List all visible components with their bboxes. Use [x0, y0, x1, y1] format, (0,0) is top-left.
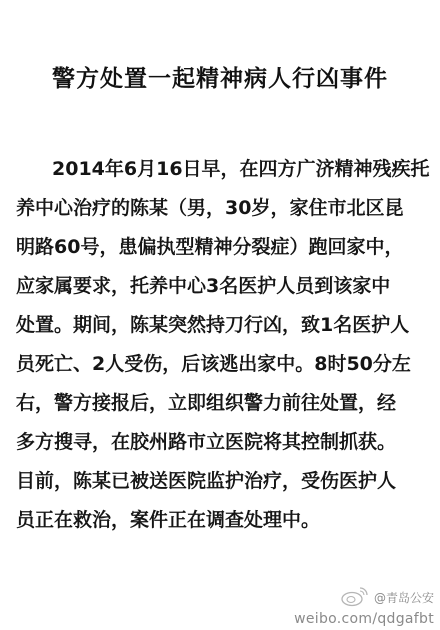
- body-line: 员正在救治，案件正在调查处理中。: [16, 501, 428, 540]
- body-line: 处置。期间，陈某突然持刀行凶，致1名医护人: [16, 306, 428, 345]
- body-line: 多方搜寻，在胶州路市立医院将其控制抓获。: [16, 423, 428, 462]
- weibo-watermark: @青岛公安 weibo.com/qdgafbt: [294, 585, 434, 627]
- body-line: 应家属要求，托养中心3名医护人员到该家中: [16, 267, 428, 306]
- watermark-url: weibo.com/qdgafbt: [294, 611, 434, 627]
- body-line: 养中心治疗的陈某（男，30岁，家住市北区昆: [16, 189, 428, 228]
- body-line: 明路60号，患偏执型精神分裂症）跑回家中，: [16, 228, 428, 267]
- body-line: 目前，陈某已被送医院监护治疗，受伤医护人: [16, 462, 428, 501]
- body-line: 2014年6月16日早，在四方广济精神残疾托: [16, 150, 428, 189]
- body-line: 右，警方接报后，立即组织警力前往处置，经: [16, 384, 428, 423]
- document-body: 2014年6月16日早，在四方广济精神残疾托 养中心治疗的陈某（男，30岁，家住…: [16, 150, 428, 540]
- watermark-account: @青岛公安: [374, 589, 434, 606]
- body-line: 员死亡、2人受伤，后该逃出家中。8时50分左: [16, 345, 428, 384]
- document-title: 警方处置一起精神病人行凶事件: [0, 60, 440, 93]
- weibo-icon: [340, 585, 370, 610]
